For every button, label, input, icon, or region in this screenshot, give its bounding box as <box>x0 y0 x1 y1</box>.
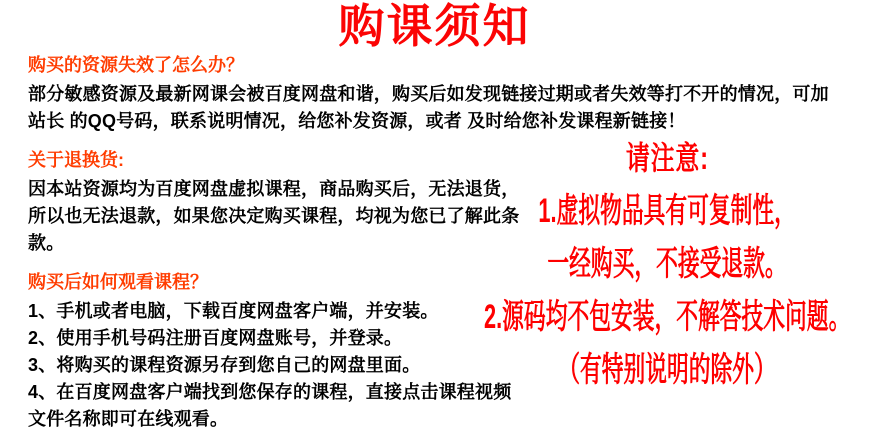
refund-policy-heading: 关于退换货: <box>28 150 528 170</box>
notice-panel: 请注意: 1.虚拟物品具有可复制性， 一经购买，不接受退款。 2.源码均不包安装… <box>465 132 869 397</box>
resource-invalid-line: 部分敏感资源及最新网课会被百度网盘和谐，购买后如发现链接过期或者失效等打不开的情… <box>28 81 857 108</box>
notice-line: （有特别说明的除外） <box>558 344 776 397</box>
refund-policy-line: 款。 <box>28 230 528 257</box>
resource-invalid-heading: 购买的资源失效了怎么办？ <box>28 55 857 75</box>
watch-step-line: 文件名称即可在线观看。 <box>28 406 548 433</box>
notice-title: 请注意: <box>625 132 708 185</box>
refund-policy-line: 因本站资源均为百度网盘虚拟课程，商品购买后，无法退货， <box>28 176 528 203</box>
notice-line: 2.源码均不包安装，不解答技术问题。 <box>484 291 850 344</box>
resource-invalid-section: 购买的资源失效了怎么办？ 部分敏感资源及最新网课会被百度网盘和谐，购买后如发现链… <box>28 55 857 135</box>
notice-line: 1.虚拟物品具有可复制性， <box>538 185 796 238</box>
resource-invalid-line: 站长 的QQ号码，联系说明情况，给您补发资源，或者 及时给您补发课程新链接！ <box>28 108 857 135</box>
refund-policy-line: 所以也无法退款，如果您决定购买课程，均视为您已了解此条 <box>28 203 528 230</box>
notice-line: 一经购买，不接受退款。 <box>547 238 786 291</box>
page-title: 购课须知 <box>0 0 869 52</box>
refund-policy-section: 关于退换货: 因本站资源均为百度网盘虚拟课程，商品购买后，无法退货， 所以也无法… <box>28 150 528 257</box>
